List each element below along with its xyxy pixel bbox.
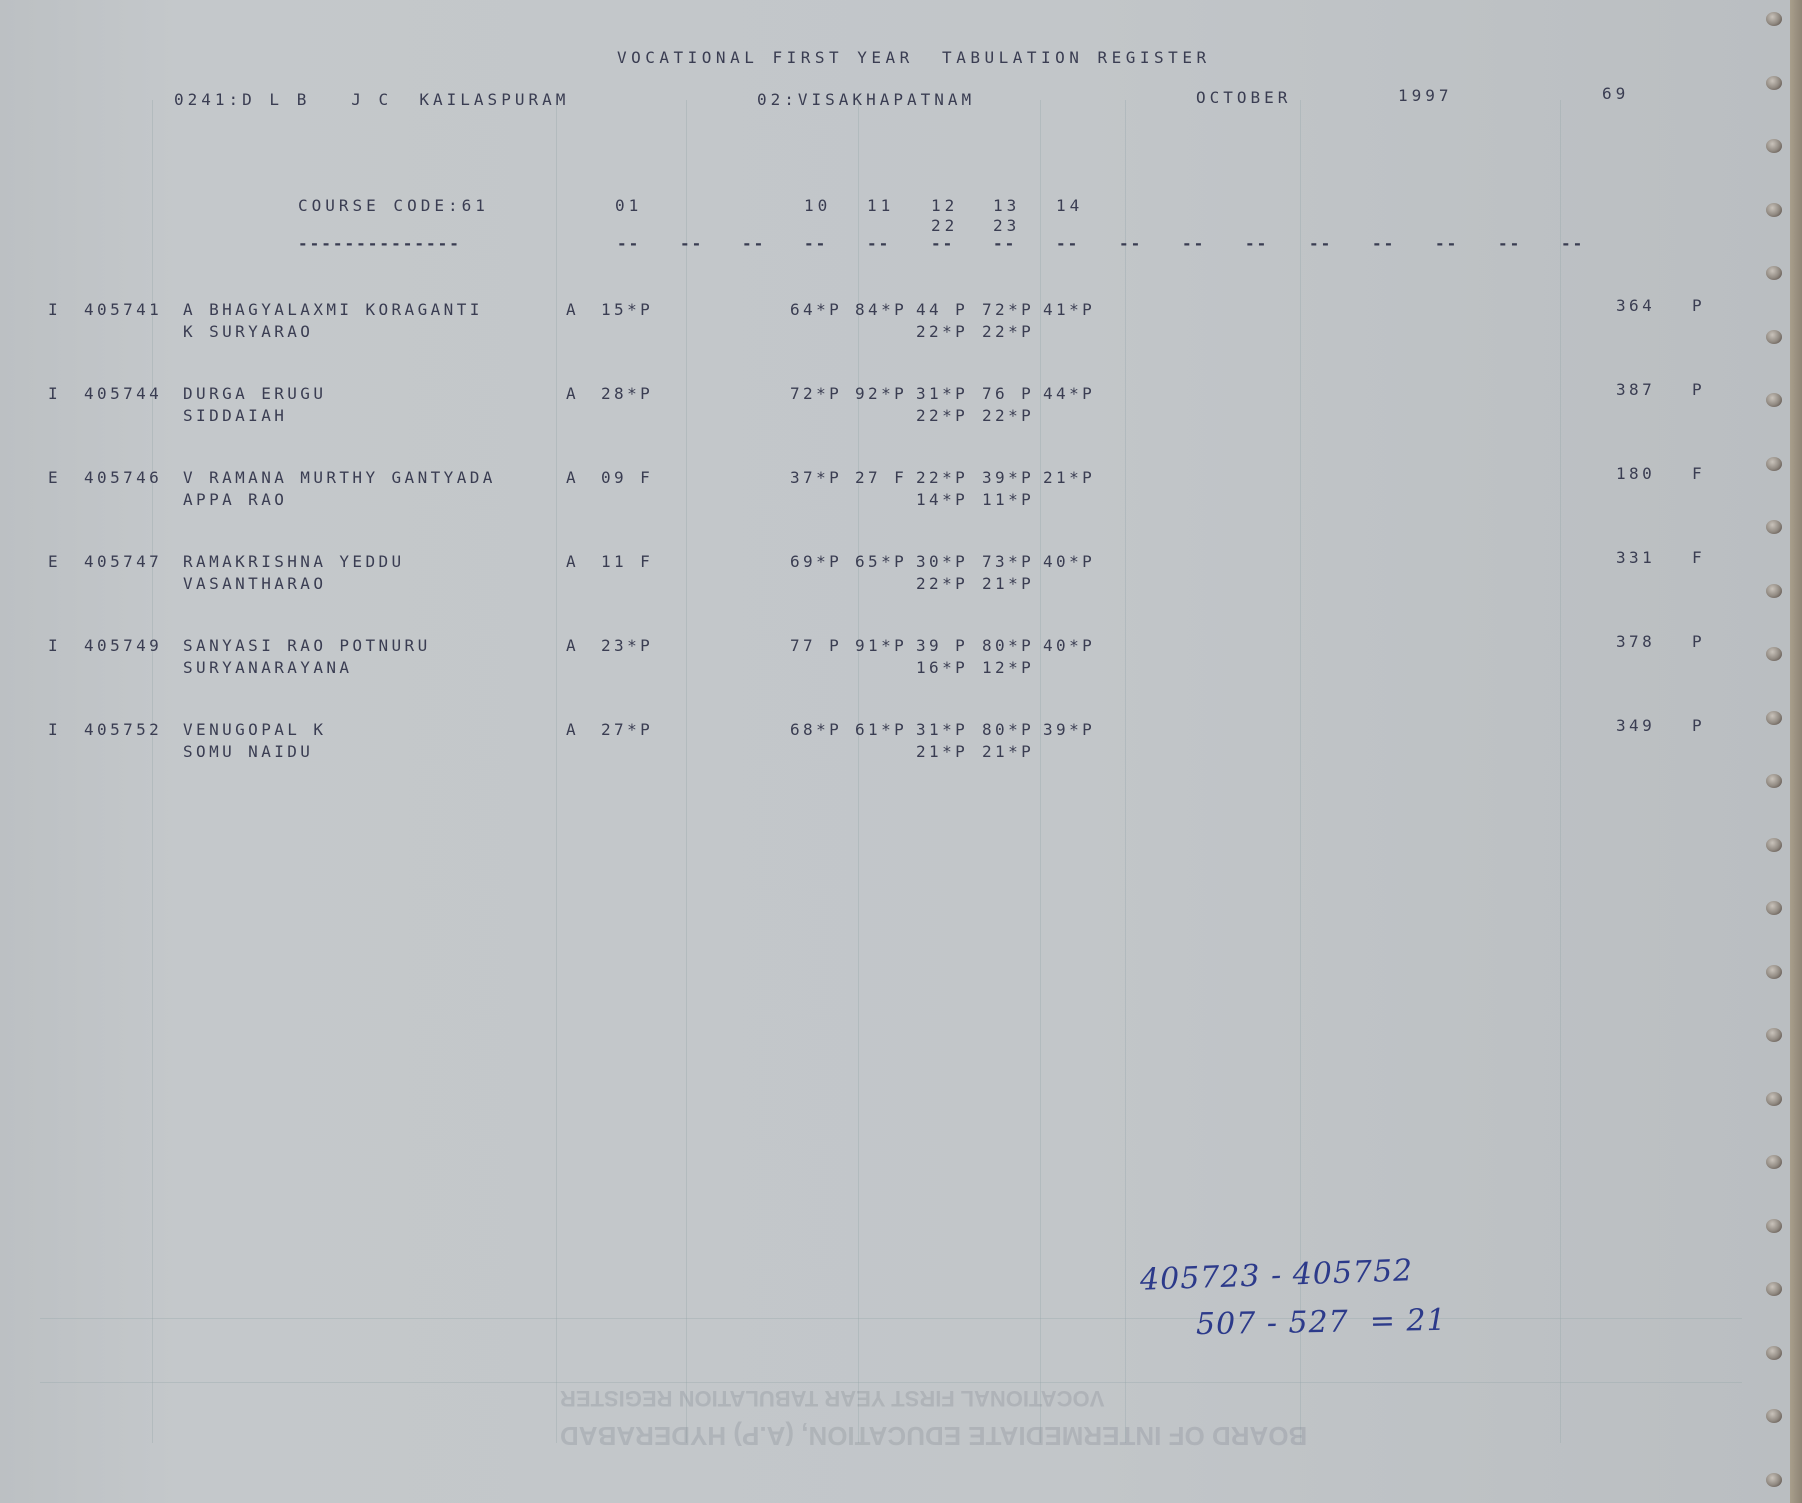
medium-code: A bbox=[566, 300, 579, 319]
subject-mark: 64*P bbox=[790, 300, 842, 319]
total-marks: 378 bbox=[1616, 632, 1655, 651]
subject-mark: 92*P bbox=[855, 384, 907, 403]
subject-mark: 73*P bbox=[982, 552, 1034, 571]
father-name: SOMU NAIDU bbox=[183, 742, 313, 761]
subject-mark: 44 P bbox=[916, 300, 968, 319]
subject-mark: 84*P bbox=[855, 300, 907, 319]
register-title: VOCATIONAL FIRST YEAR TABULATION REGISTE… bbox=[617, 48, 1211, 67]
subject-mark: 31*P bbox=[916, 720, 968, 739]
student-category: E bbox=[48, 552, 61, 571]
result-status: P bbox=[1692, 296, 1705, 315]
hall-ticket-number: 405746 bbox=[84, 468, 162, 487]
subject-mark: 40*P bbox=[1043, 552, 1095, 571]
column-dash: -- bbox=[1119, 234, 1142, 253]
father-name: SIDDAIAH bbox=[183, 406, 287, 425]
father-name: SURYANARAYANA bbox=[183, 658, 352, 677]
medium-code: A bbox=[566, 552, 579, 571]
student-category: I bbox=[48, 300, 61, 319]
subject-mark: 80*P bbox=[982, 720, 1034, 739]
subject-code-22: 22 bbox=[931, 216, 958, 235]
subject-mark: 31*P bbox=[916, 384, 968, 403]
subject-code-12: 12 bbox=[931, 196, 958, 215]
course-code-underline: -------------- bbox=[298, 234, 461, 253]
student-name: V RAMANA MURTHY GANTYADA bbox=[183, 468, 496, 487]
subject-mark-second: 22*P bbox=[982, 406, 1034, 425]
student-category: I bbox=[48, 636, 61, 655]
medium-code: A bbox=[566, 720, 579, 739]
total-marks: 331 bbox=[1616, 548, 1655, 567]
ruling-line bbox=[1300, 100, 1301, 1443]
subject-mark-second: 22*P bbox=[916, 574, 968, 593]
column-dash: -- bbox=[1182, 234, 1205, 253]
subject-mark-second: 12*P bbox=[982, 658, 1034, 677]
subject-mark: 22*P bbox=[916, 468, 968, 487]
subject-mark: 37*P bbox=[790, 468, 842, 487]
perforation-hole-icon bbox=[1766, 12, 1782, 26]
subject-mark-second: 14*P bbox=[916, 490, 968, 509]
student-name: SANYASI RAO POTNURU bbox=[183, 636, 431, 655]
subject-mark: 91*P bbox=[855, 636, 907, 655]
result-status: P bbox=[1692, 380, 1705, 399]
column-dash: -- bbox=[1498, 234, 1521, 253]
column-dash: -- bbox=[1056, 234, 1079, 253]
subject-mark-second: 22*P bbox=[916, 322, 968, 341]
perforation-hole-icon bbox=[1766, 838, 1782, 852]
page-number: 69 bbox=[1602, 84, 1629, 103]
column-dash: -- bbox=[680, 234, 703, 253]
subject-mark-second: 16*P bbox=[916, 658, 968, 677]
result-status: P bbox=[1692, 632, 1705, 651]
perforation-hole-icon bbox=[1766, 266, 1782, 280]
subject-mark: 21*P bbox=[1043, 468, 1095, 487]
subject-mark: 41*P bbox=[1043, 300, 1095, 319]
subject-mark: 27 F bbox=[855, 468, 907, 487]
perforation-hole-icon bbox=[1766, 647, 1782, 661]
column-dash: -- bbox=[867, 234, 890, 253]
ruling-line bbox=[556, 100, 557, 1443]
subject-mark: 72*P bbox=[982, 300, 1034, 319]
perforation-hole-icon bbox=[1766, 1282, 1782, 1296]
student-name: VENUGOPAL K bbox=[183, 720, 326, 739]
subject-code-23: 23 bbox=[993, 216, 1020, 235]
hall-ticket-number: 405747 bbox=[84, 552, 162, 571]
subject-code-14: 14 bbox=[1056, 196, 1083, 215]
perforation-hole-icon bbox=[1766, 520, 1782, 534]
perforation-hole-icon bbox=[1766, 1155, 1782, 1169]
perforation-hole-icon bbox=[1766, 330, 1782, 344]
hall-ticket-number: 405749 bbox=[84, 636, 162, 655]
perforation-hole-icon bbox=[1766, 901, 1782, 915]
student-name: DURGA ERUGU bbox=[183, 384, 326, 403]
student-category: I bbox=[48, 384, 61, 403]
hall-ticket-number: 405752 bbox=[84, 720, 162, 739]
student-name: RAMAKRISHNA YEDDU bbox=[183, 552, 405, 571]
subject-mark: 40*P bbox=[1043, 636, 1095, 655]
perforation-hole-icon bbox=[1766, 965, 1782, 979]
exam-year: 1997 bbox=[1398, 86, 1453, 105]
subject-mark: 80*P bbox=[982, 636, 1034, 655]
handwritten-count-note: 507 - 527 = 21 bbox=[1196, 1303, 1447, 1342]
father-name: VASANTHARAO bbox=[183, 574, 326, 593]
subject-mark: 65*P bbox=[855, 552, 907, 571]
perforation-hole-icon bbox=[1766, 203, 1782, 217]
subject-01-mark: 15*P bbox=[601, 300, 653, 319]
student-category: E bbox=[48, 468, 61, 487]
perforation-hole-icon bbox=[1766, 1346, 1782, 1360]
ruling-line bbox=[40, 1382, 1742, 1383]
perforation-hole-icon bbox=[1766, 774, 1782, 788]
ruling-line bbox=[40, 1318, 1742, 1319]
father-name: APPA RAO bbox=[183, 490, 287, 509]
subject-mark: 69*P bbox=[790, 552, 842, 571]
perforation-hole-icon bbox=[1766, 1092, 1782, 1106]
subject-01-mark: 11 F bbox=[601, 552, 653, 571]
exam-month: OCTOBER bbox=[1196, 88, 1291, 107]
result-status: F bbox=[1692, 464, 1705, 483]
course-code-label: COURSE CODE:61 bbox=[298, 196, 489, 215]
hall-ticket-number: 405741 bbox=[84, 300, 162, 319]
subject-01-mark: 28*P bbox=[601, 384, 653, 403]
perforation-hole-icon bbox=[1766, 457, 1782, 471]
ruling-line bbox=[1560, 100, 1561, 1443]
column-dash: -- bbox=[993, 234, 1016, 253]
subject-code-10: 10 bbox=[804, 196, 831, 215]
bleed-through-text: VOCATIONAL FIRST YEAR TABULATION REGISTE… bbox=[560, 1385, 1104, 1411]
result-status: F bbox=[1692, 548, 1705, 567]
subject-mark-second: 21*P bbox=[982, 574, 1034, 593]
student-name: A BHAGYALAXMI KORAGANTI bbox=[183, 300, 483, 319]
perforation-hole-icon bbox=[1766, 393, 1782, 407]
total-marks: 387 bbox=[1616, 380, 1655, 399]
college-name: 0241:D L B J C KAILASPURAM bbox=[174, 90, 569, 109]
column-dash: -- bbox=[742, 234, 765, 253]
paper-edge bbox=[1790, 0, 1802, 1503]
total-marks: 180 bbox=[1616, 464, 1655, 483]
subject-mark-second: 22*P bbox=[982, 322, 1034, 341]
perforation-hole-icon bbox=[1766, 711, 1782, 725]
district-name: 02:VISAKHAPATNAM bbox=[757, 90, 975, 109]
column-dash: -- bbox=[1372, 234, 1395, 253]
subject-01-mark: 09 F bbox=[601, 468, 653, 487]
total-marks: 364 bbox=[1616, 296, 1655, 315]
subject-mark-second: 21*P bbox=[982, 742, 1034, 761]
perforation-hole-icon bbox=[1766, 1409, 1782, 1423]
medium-code: A bbox=[566, 636, 579, 655]
subject-mark: 39*P bbox=[982, 468, 1034, 487]
column-dash: -- bbox=[1561, 234, 1584, 253]
medium-code: A bbox=[566, 468, 579, 487]
subject-code-01: 01 bbox=[615, 196, 642, 215]
subject-mark: 39 P bbox=[916, 636, 968, 655]
subject-mark: 76 P bbox=[982, 384, 1034, 403]
ruling-line bbox=[1125, 100, 1126, 1443]
hall-ticket-number: 405744 bbox=[84, 384, 162, 403]
perforation-hole-icon bbox=[1766, 76, 1782, 90]
subject-mark-second: 11*P bbox=[982, 490, 1034, 509]
ruling-line bbox=[686, 100, 687, 1443]
perforation-hole-icon bbox=[1766, 139, 1782, 153]
subject-mark: 68*P bbox=[790, 720, 842, 739]
subject-01-mark: 23*P bbox=[601, 636, 653, 655]
subject-mark: 39*P bbox=[1043, 720, 1095, 739]
perforation-hole-icon bbox=[1766, 1473, 1782, 1487]
subject-code-11: 11 bbox=[867, 196, 894, 215]
column-dash: -- bbox=[1309, 234, 1332, 253]
subject-mark-second: 21*P bbox=[916, 742, 968, 761]
subject-code-13: 13 bbox=[993, 196, 1020, 215]
subject-01-mark: 27*P bbox=[601, 720, 653, 739]
father-name: K SURYARAO bbox=[183, 322, 313, 341]
perforation-hole-icon bbox=[1766, 584, 1782, 598]
subject-mark: 77 P bbox=[790, 636, 842, 655]
subject-mark: 72*P bbox=[790, 384, 842, 403]
subject-mark: 30*P bbox=[916, 552, 968, 571]
column-dash: -- bbox=[931, 234, 954, 253]
perforation-hole-icon bbox=[1766, 1028, 1782, 1042]
subject-mark: 44*P bbox=[1043, 384, 1095, 403]
bleed-through-text: BOARD OF INTERMEDIATE EDUCATION, (A.P) H… bbox=[560, 1420, 1307, 1451]
subject-mark-second: 22*P bbox=[916, 406, 968, 425]
medium-code: A bbox=[566, 384, 579, 403]
result-status: P bbox=[1692, 716, 1705, 735]
column-dash: -- bbox=[1435, 234, 1458, 253]
column-dash: -- bbox=[1245, 234, 1268, 253]
ruling-line bbox=[1040, 100, 1041, 1443]
subject-mark: 61*P bbox=[855, 720, 907, 739]
total-marks: 349 bbox=[1616, 716, 1655, 735]
column-dash: -- bbox=[804, 234, 827, 253]
student-category: I bbox=[48, 720, 61, 739]
perforation-hole-icon bbox=[1766, 1219, 1782, 1233]
column-dash: -- bbox=[617, 234, 640, 253]
